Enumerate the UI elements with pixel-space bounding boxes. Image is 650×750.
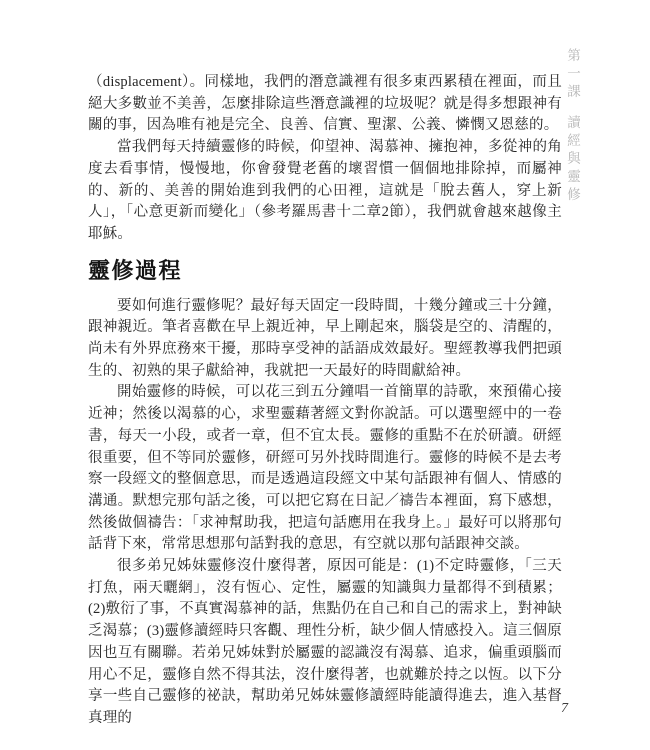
body-paragraph: （displacement）。同樣地，我們的潛意識裡有很多東西累積在裡面，而且絕… (88, 72, 562, 137)
section-heading: 靈修過程 (88, 256, 562, 286)
body-paragraph: 很多弟兄姊妹靈修沒什麼得著，原因可能是：(1)不定時靈修，「三天打魚，兩天曬網」… (88, 556, 562, 730)
chapter-number-label: 第一課 (565, 48, 580, 102)
page-number: 7 (561, 701, 568, 717)
chapter-side-caption: 第一課讀經與靈修 (562, 48, 582, 205)
book-page: 第一課讀經與靈修 （displacement）。同樣地，我們的潛意識裡有很多東西… (0, 0, 650, 750)
body-paragraph: 開始靈修的時候，可以花三到五分鐘唱一首簡單的詩歌，來預備心接近神；然後以渴慕的心… (88, 382, 562, 556)
page-content: （displacement）。同樣地，我們的潛意識裡有很多東西累積在裡面，而且絕… (88, 72, 562, 730)
chapter-title-label: 讀經與靈修 (565, 115, 580, 205)
body-paragraph: 當我們每天持續靈修的時候，仰望神、渴慕神、擁抱神，多從神的角度去看事情，慢慢地，… (88, 137, 562, 246)
body-paragraph: 要如何進行靈修呢？最好每天固定一段時間，十幾分鐘或三十分鐘，跟神親近。筆者喜歡在… (88, 296, 562, 383)
